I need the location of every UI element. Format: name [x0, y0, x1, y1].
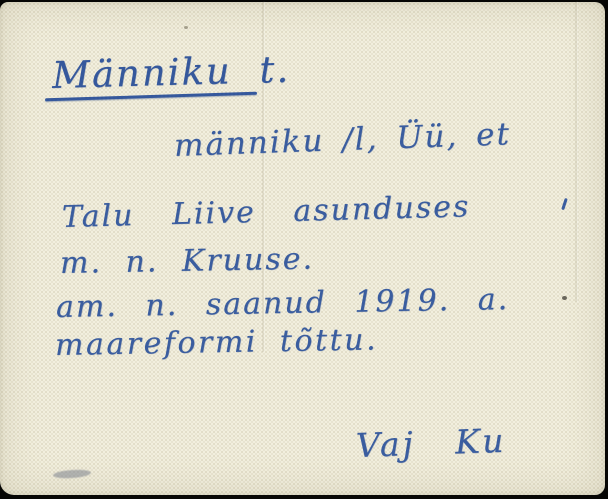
- ink-tick-mark: [561, 198, 567, 210]
- signature: Vaj Ku: [355, 421, 507, 465]
- handwritten-line: m. n. Kruuse.: [60, 242, 315, 281]
- handwritten-line-pronunciation: männiku /l, Üü, et: [173, 116, 511, 164]
- handwritten-line: maareformi tõttu.: [55, 322, 379, 363]
- handwritten-line: am. n. saanud 1919. a.: [56, 282, 510, 325]
- smudge-mark: [53, 469, 91, 480]
- scanned-card-image: Männiku t. männiku /l, Üü, et Talu Liive…: [0, 0, 608, 499]
- card-title: Männiku t.: [51, 48, 290, 97]
- paper-crease: [575, 2, 577, 302]
- dust-speck: [562, 296, 567, 300]
- handwritten-line: Talu Liive asunduses: [62, 189, 471, 235]
- index-card-paper: Männiku t. männiku /l, Üü, et Talu Liive…: [0, 2, 605, 495]
- dust-speck: [184, 26, 188, 29]
